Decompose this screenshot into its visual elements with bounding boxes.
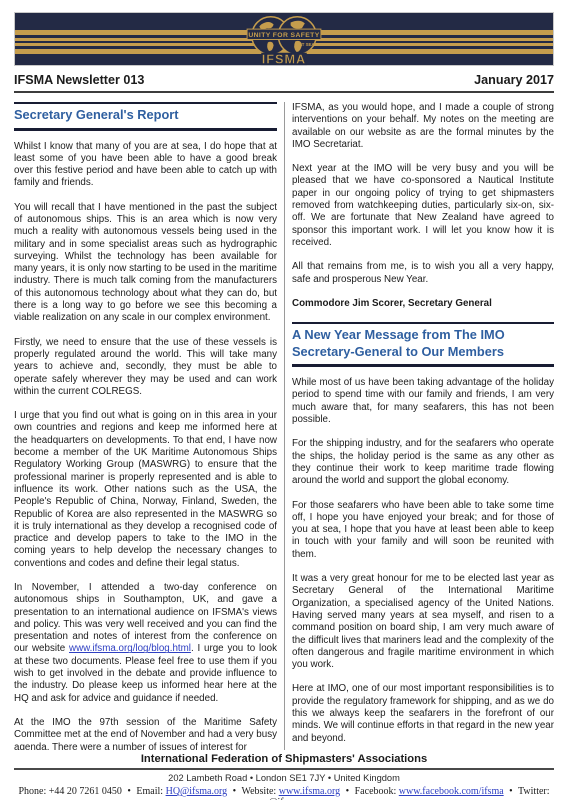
footer-contact: Phone: +44 20 7261 0450 • Email: HQ@ifsm…	[14, 786, 554, 800]
footer-rule	[14, 768, 554, 770]
paragraph: I urge that you find out what is going o…	[14, 410, 277, 570]
facebook-link[interactable]: www.facebook.com/ifsma	[399, 786, 504, 797]
footer-website: Website: www.ifsma.org	[241, 786, 340, 797]
footer-address: 202 Lambeth Road • London SE1 7JY • Unit…	[14, 773, 554, 783]
paragraph: All that remains from me, is to wish you…	[292, 261, 554, 286]
masthead-row: IFSMA Newsletter 013 January 2017	[14, 73, 554, 87]
masthead-banner: UNITY FOR SAFETY AT SEA IFSMA	[14, 12, 554, 66]
paragraph: At the IMO the 97th session of the Marit…	[14, 717, 277, 750]
bullet-separator: •	[346, 786, 350, 797]
paragraph: Next year at the IMO will be very busy a…	[292, 163, 554, 249]
section-heading-secretary-report: Secretary General's Report	[14, 102, 277, 131]
paragraph: Whilst I know that many of you are at se…	[14, 141, 277, 190]
email-link[interactable]: HQ@ifsma.org	[166, 786, 228, 797]
paragraph: While most of us have been taking advant…	[292, 377, 554, 426]
content-columns: Secretary General's Report Whilst I know…	[14, 102, 554, 750]
paragraph: It was a very great honour for me to be …	[292, 573, 554, 671]
website-label: Website:	[241, 786, 278, 797]
paragraph: Here at IMO, one of our most important r…	[292, 683, 554, 744]
footer-email: Email: HQ@ifsma.org	[136, 786, 227, 797]
paragraph: For those seafarers who have been able t…	[292, 500, 554, 561]
footer-organization: International Federation of Shipmasters'…	[14, 753, 554, 765]
footer-facebook: Facebook: www.facebook.com/ifsma	[355, 786, 504, 797]
paragraph: Firstly, we need to ensure that the use …	[14, 337, 277, 398]
motto-text: UNITY FOR SAFETY	[248, 32, 319, 39]
bullet-separator: •	[127, 786, 131, 797]
ifsma-logo-icon: UNITY FOR SAFETY AT SEA IFSMA	[236, 13, 332, 66]
page-footer: International Federation of Shipmasters'…	[14, 753, 554, 800]
issue-date: January 2017	[474, 73, 554, 87]
right-column: IFSMA, as you would hope, and I made a c…	[284, 102, 554, 750]
footer-phone: Phone: +44 20 7261 0450	[18, 786, 121, 797]
blog-link[interactable]: www.ifsma.org/log/blog.html	[69, 643, 191, 654]
paragraph: IFSMA, as you would hope, and I made a c…	[292, 102, 554, 151]
motto-text-2: AT SEA	[299, 42, 315, 47]
paragraph: You will recall that I have mentioned in…	[14, 202, 277, 325]
left-column: Secretary General's Report Whilst I know…	[14, 102, 284, 750]
paragraph: For the shipping industry, and for the s…	[292, 438, 554, 487]
acronym-text: IFSMA	[262, 52, 306, 66]
website-link[interactable]: www.ifsma.org	[279, 786, 340, 797]
paragraph-with-link: In November, I attended a two-day confer…	[14, 582, 277, 705]
newsletter-page: UNITY FOR SAFETY AT SEA IFSMA IFSMA News…	[0, 0, 568, 800]
masthead-rule	[14, 91, 554, 93]
bullet-separator: •	[233, 786, 237, 797]
email-label: Email:	[136, 786, 165, 797]
facebook-label: Facebook:	[355, 786, 399, 797]
signature-line: Commodore Jim Scorer, Secretary General	[292, 298, 554, 310]
section-heading-new-year-message: A New Year Message from The IMO Secretar…	[292, 322, 554, 367]
newsletter-title: IFSMA Newsletter 013	[14, 73, 144, 87]
bullet-separator: •	[509, 786, 513, 797]
